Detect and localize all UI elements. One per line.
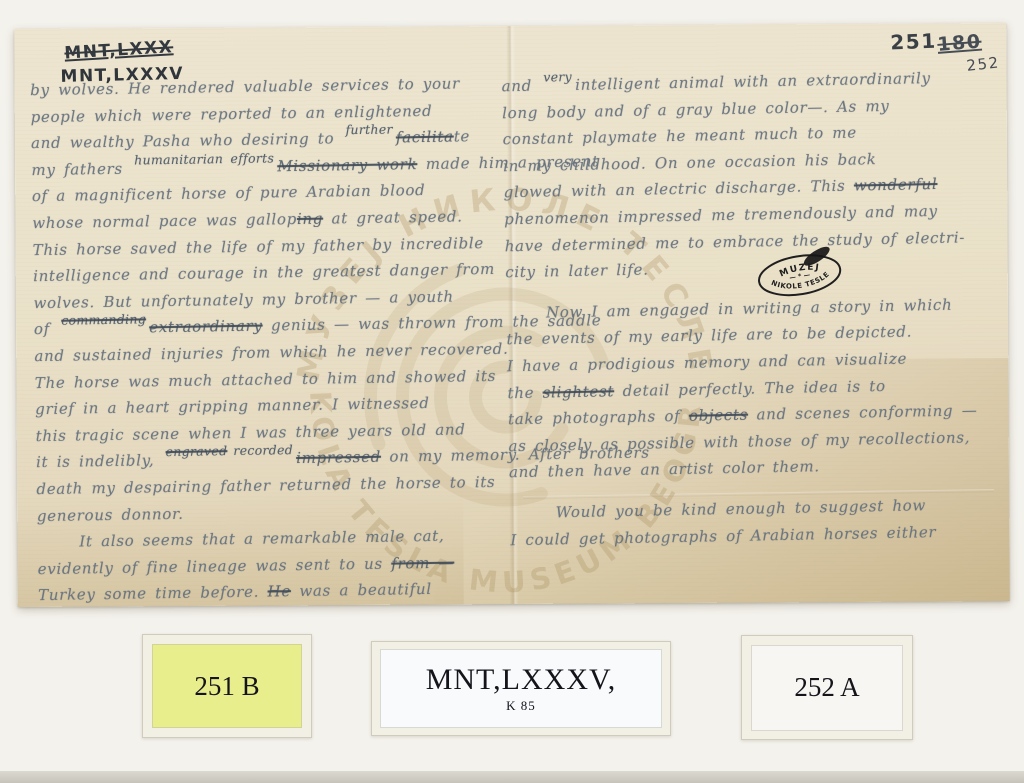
- handwriting-text: and scenes conforming —: [748, 401, 978, 423]
- handwriting-text: This horse saved the life of my father b…: [33, 234, 484, 259]
- label-sleeve-mnt: MNT,LXXXV, K 85: [371, 641, 671, 736]
- inserted-word: recorded: [233, 437, 293, 465]
- handwriting-text: intelligence and courage in the greatest…: [33, 260, 495, 285]
- handwriting-text: glowed with an electric discharge. This: [504, 177, 855, 202]
- handwriting-text: evidently of fine lineage was sent to us: [38, 554, 392, 578]
- label-card-white: 252 A: [751, 645, 903, 731]
- handwriting-text: at great speed.: [323, 207, 463, 227]
- paragraph: Would you be kind enough to suggest howI…: [510, 491, 1003, 554]
- label-251b-text: 251 B: [194, 671, 259, 702]
- struck-word: slightest: [542, 382, 614, 401]
- handwriting-text: intelligent animal with an extraordinari…: [575, 69, 931, 94]
- handwriting-text: The horse was much attached to him and s…: [35, 366, 497, 391]
- page-number-annotation: 251: [890, 29, 937, 55]
- handwriting-text: my fathers: [31, 159, 131, 179]
- inserted-word: commanding: [61, 307, 146, 335]
- handwriting-text: constant playmate he meant much to me: [503, 124, 858, 149]
- handwriting-text: It also seems that a remarkable male cat…: [79, 527, 444, 551]
- label-k85-text: K 85: [506, 698, 536, 714]
- struck-word: extraordinary: [149, 317, 263, 337]
- handwriting-text: of: [34, 320, 59, 338]
- struck-word: impressed: [296, 448, 381, 467]
- left-page-text: by wolves. He rendered valuable services…: [30, 70, 502, 609]
- handwriting-text: death my despairing father returned the …: [36, 473, 495, 498]
- handwriting-text: Now I am engaged in writing a story in w…: [546, 295, 953, 321]
- scan-edge: [0, 771, 1024, 783]
- struck-word: objects: [689, 406, 749, 425]
- struck-word: ing: [297, 210, 323, 228]
- crossed-page-number: 180: [937, 31, 983, 56]
- handwriting-text: by wolves. He rendered valuable services…: [30, 74, 460, 99]
- paragraph: and veryintelligent animal with an extra…: [501, 64, 997, 286]
- handwriting-text: whose normal pace was gallop: [32, 210, 297, 232]
- label-252a-text: 252 A: [794, 672, 859, 703]
- handwriting-text: as closely as possible with those of my …: [508, 428, 970, 455]
- handwriting-text: have determined me to embrace the study …: [505, 228, 966, 255]
- label-sleeve-252a: 252 A: [741, 635, 913, 740]
- handwriting-text: and sustained injuries from which he nev…: [34, 340, 508, 365]
- label-sleeve-251b: 251 B: [142, 634, 312, 738]
- handwriting-text: I could get photographs of Arabian horse…: [510, 523, 936, 549]
- document-sheet: МУЗЕЈ НИКОЛЕ ТЕСЛЕ NIKOLA TESLA MUSEUM B…: [14, 23, 1010, 607]
- handwriting-text: it is indelibly,: [36, 451, 163, 471]
- handwriting-text: of a magnificent horse of pure Arabian b…: [32, 181, 426, 205]
- handwriting-text: detail perfectly. The idea is to: [614, 377, 886, 400]
- handwriting-text: Turkey some time before.: [38, 583, 268, 605]
- handwriting-text: long body and of a gray blue color—. As …: [502, 96, 890, 121]
- handwriting-text: phenomenon impressed me tremendously and…: [504, 202, 938, 228]
- handwriting-text: generous donnor.: [37, 504, 184, 524]
- handwriting-text: I have a prodigious memory and can visua…: [507, 350, 907, 376]
- handwriting-text: city in later life.: [505, 261, 649, 282]
- label-card-mnt: MNT,LXXXV, K 85: [380, 649, 662, 728]
- scanned-archive-page: МУЗЕЈ НИКОЛЕ ТЕСЛЕ NIKOLA TESLA MUSEUM B…: [0, 0, 1024, 783]
- struck-word: Missionary work: [277, 155, 417, 175]
- handwriting-text: take photographs of: [508, 407, 689, 428]
- struck-word: wonderful: [854, 175, 938, 195]
- handwriting-text: and: [501, 77, 540, 96]
- handwriting-text: was a beautiful: [291, 580, 432, 600]
- inserted-word: humanitarian efforts: [134, 145, 274, 174]
- inserted-word: very: [543, 64, 572, 91]
- right-page-text: and veryintelligent animal with an extra…: [501, 64, 1002, 553]
- handwriting-text: the: [507, 383, 542, 402]
- inserted-word: engraved: [165, 438, 227, 466]
- handwriting-text: in my childhood. On one occasion his bac…: [503, 150, 877, 175]
- handwriting-text: the events of my early life are to be de…: [506, 323, 912, 349]
- label-mnt-text: MNT,LXXXV,: [426, 663, 617, 697]
- label-card-yellow: 251 B: [152, 644, 302, 728]
- handwriting-text: Would you be kind enough to suggest how: [556, 496, 926, 521]
- handwriting-text: and then have an artist color them.: [509, 458, 820, 482]
- paragraph: Now I am engaged in writing a story in w…: [506, 291, 1001, 487]
- handwriting-text: grief in a heart gripping manner. I witn…: [35, 394, 430, 418]
- handwriting-text: te: [454, 127, 471, 145]
- inserted-word: further: [345, 117, 393, 144]
- struck-word: facilita: [396, 128, 454, 147]
- struck-word: He: [267, 582, 291, 600]
- struck-word: from —: [391, 553, 454, 572]
